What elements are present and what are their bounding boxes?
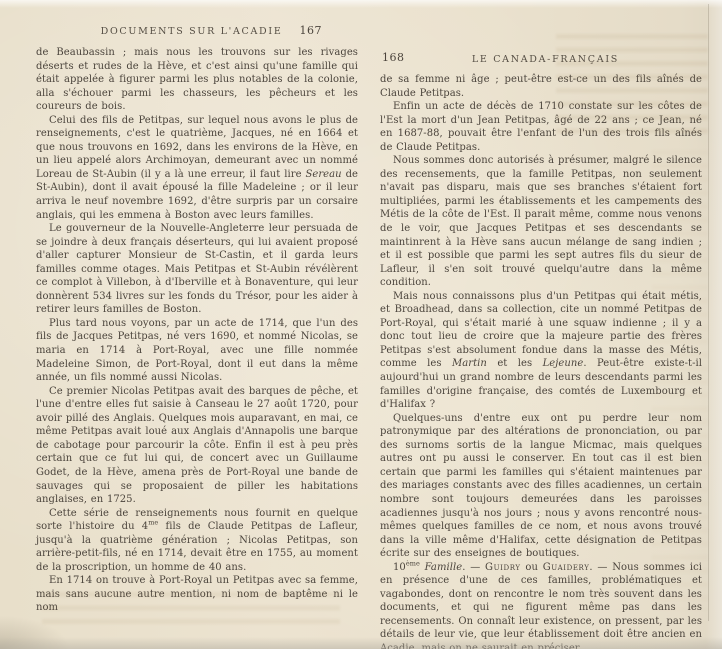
- page-left-number: 167: [300, 24, 323, 37]
- bleed-through-text: [652, 150, 708, 610]
- paragraph: de Beaubassin ; mais nous les trouvons s…: [36, 46, 358, 114]
- book-scan: DOCUMENTS SUR L'ACADIE 167 de Beaubassin…: [0, 0, 722, 649]
- scan-edge-bottom: [0, 637, 722, 649]
- paragraph: Le gouverneur de la Nouvelle-Angleterre …: [36, 222, 358, 317]
- paragraph: Plus tard nous voyons, par un acte de 17…: [36, 317, 358, 385]
- page-left-running-head: DOCUMENTS SUR L'ACADIE: [101, 26, 283, 37]
- scan-edge-top: [0, 0, 722, 8]
- paragraph: Cette série de renseignements nous fourn…: [36, 507, 358, 575]
- page-right-number: 168: [382, 51, 405, 64]
- paragraph: Celui des fils de Petitpas, sur lequel n…: [36, 114, 358, 222]
- bleed-through-text: [42, 592, 340, 625]
- page-left-body-text: de Beaubassin ; mais nous les trouvons s…: [36, 46, 358, 615]
- bleed-through-text: [556, 34, 708, 134]
- page-edge-line: [708, 4, 709, 621]
- page-left: DOCUMENTS SUR L'ACADIE 167 de Beaubassin…: [36, 0, 358, 649]
- paragraph: Ce premier Nicolas Petitpas avait des ba…: [36, 385, 358, 507]
